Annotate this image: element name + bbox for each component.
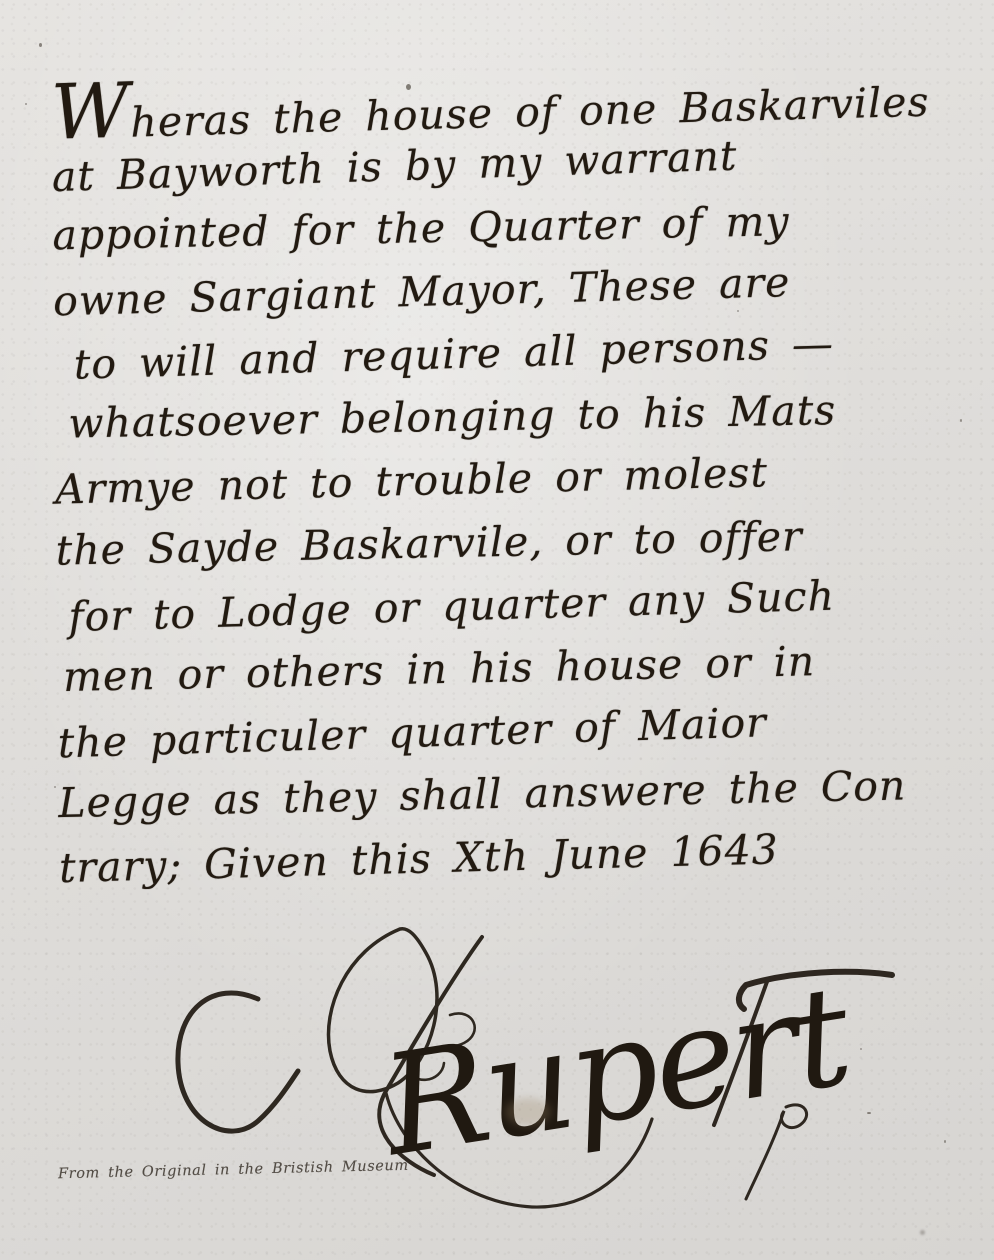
paper-speck — [944, 1140, 946, 1143]
paper-speck — [860, 1048, 862, 1050]
paper-speck — [867, 1112, 871, 1114]
manuscript-page: Wheras the house of one Baskarviles at B… — [0, 0, 994, 1260]
letter-body: Wheras the house of one Baskarviles at B… — [51, 65, 960, 893]
signature-rupert: Rupert — [150, 908, 850, 1238]
signature-text: Rupert — [370, 955, 862, 1188]
paper-speck — [25, 103, 27, 105]
paper-speck — [960, 419, 962, 422]
paper-speck — [39, 43, 42, 47]
paper-speck — [920, 1230, 925, 1235]
signature-flourish-icon: Rupert — [150, 908, 850, 1238]
paper-speck — [54, 786, 56, 788]
